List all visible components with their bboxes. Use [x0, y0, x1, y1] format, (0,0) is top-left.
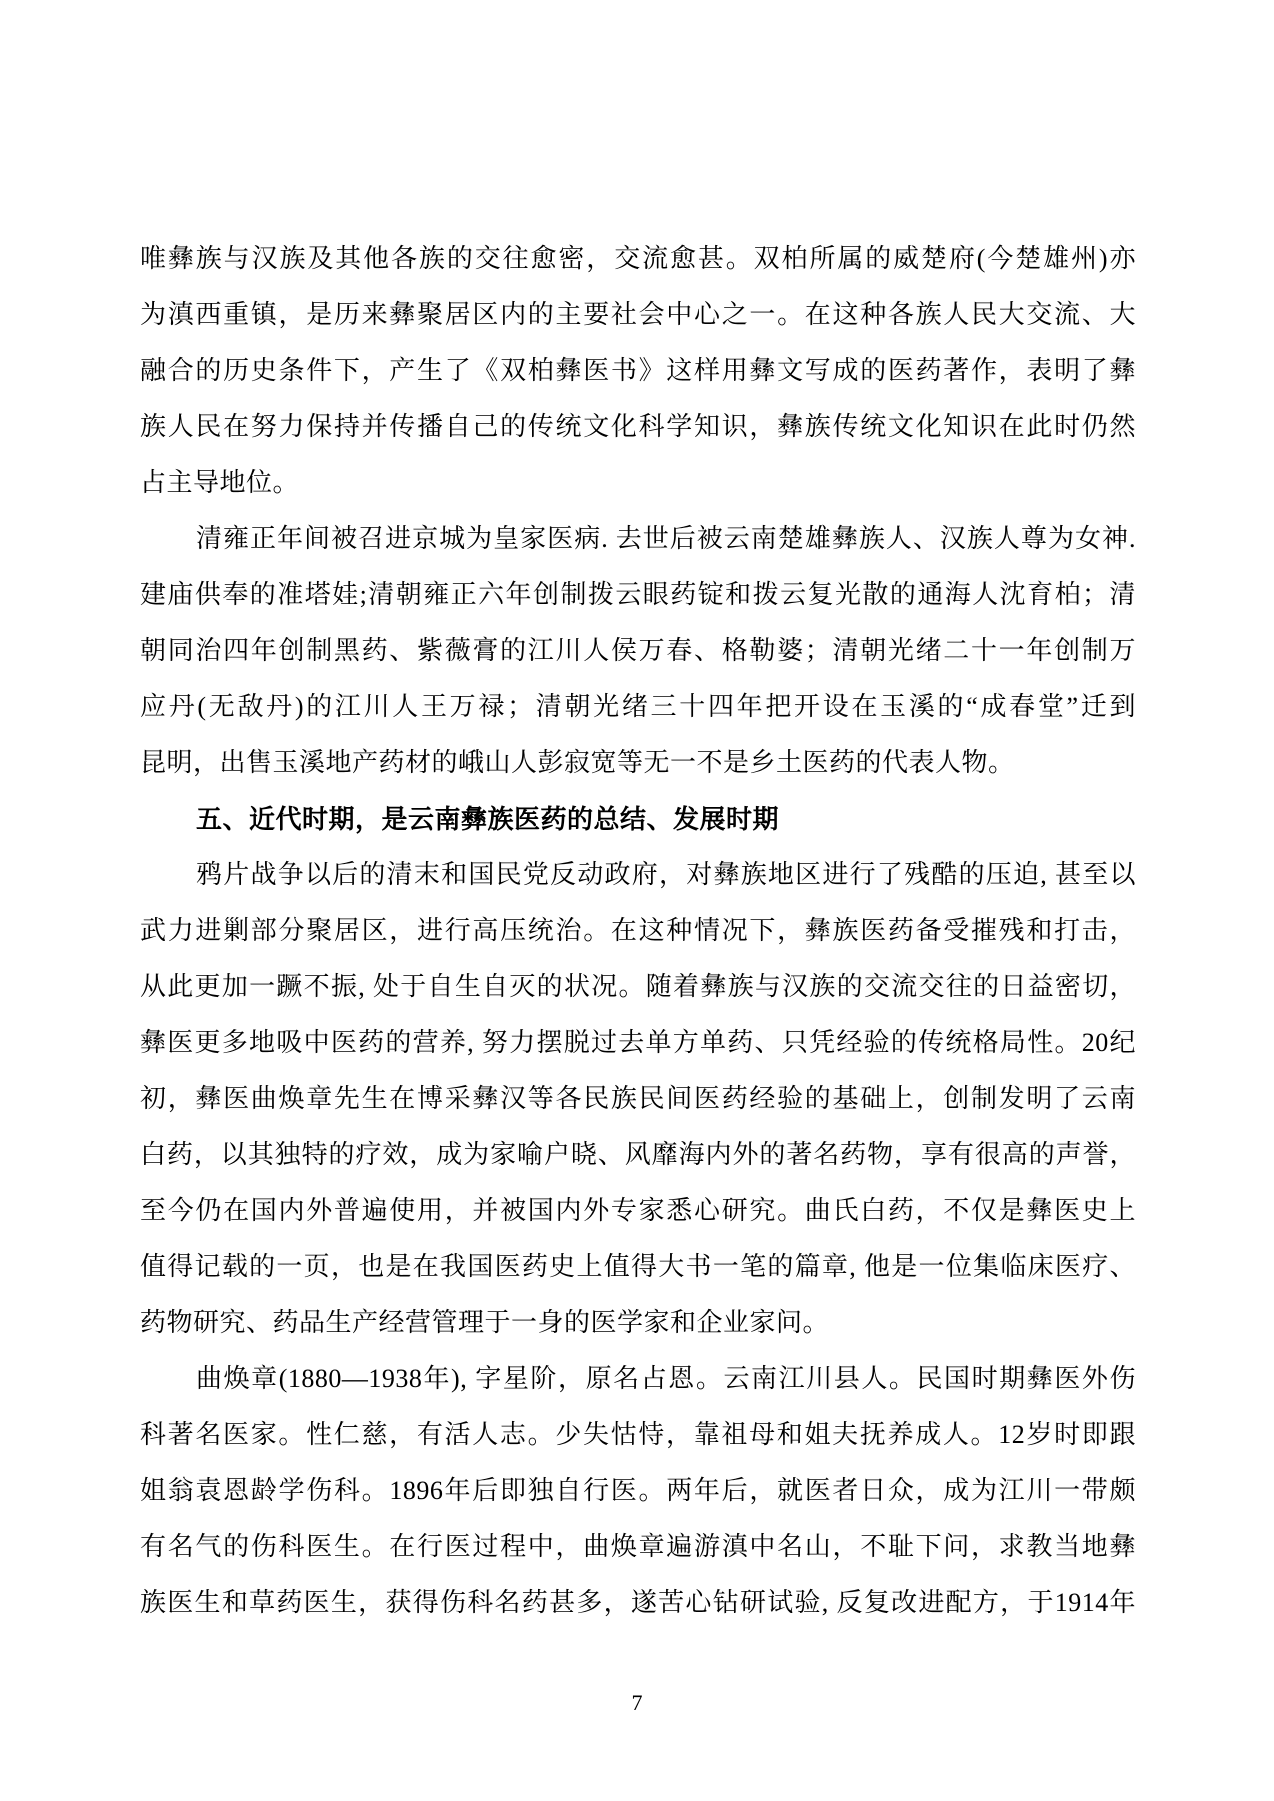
section-heading: 五、近代时期，是云南彝族医药的总结、发展时期 [140, 791, 1136, 847]
text-line: 从此更加一蹶不振, 处于自生自灭的状况。随着彝族与汉族的交流交往的日益密切， [140, 959, 1136, 1015]
text-line: 至今仍在国内外普遍使用，并被国内外专家悉心研究。曲氏白药，不仅是彝医史上 [140, 1183, 1136, 1239]
text-line: 为滇西重镇，是历来彝聚居区内的主要社会中心之一。在这种各族人民大交流、大 [140, 287, 1136, 343]
text-line: 唯彝族与汉族及其他各族的交往愈密，交流愈甚。双柏所属的威楚府(今楚雄州)亦 [140, 231, 1136, 287]
text-line: 科著名医家。性仁慈，有活人志。少失怙恃，靠祖母和姐夫抚养成人。12岁时即跟 [140, 1407, 1136, 1463]
text-line: 姐翁袁恩龄学伤科。1896年后即独自行医。两年后，就医者日众，成为江川一带颇 [140, 1463, 1136, 1519]
text-line: 族医生和草药医生，获得伤科名药甚多，遂苦心钻研试验, 反复改进配方，于1914年 [140, 1575, 1136, 1631]
text-line: 鸦片战争以后的清末和国民党反动政府，对彝族地区进行了残酷的压迫, 甚至以 [140, 847, 1136, 903]
page-number: 7 [632, 1690, 643, 1715]
paragraph-3: 鸦片战争以后的清末和国民党反动政府，对彝族地区进行了残酷的压迫, 甚至以 武力进… [140, 847, 1136, 1351]
text-line: 建庙供奉的准塔娃;清朝雍正六年创制拨云眼药锭和拨云复光散的通海人沈育柏；清 [140, 567, 1136, 623]
paragraph-4: 曲焕章(1880—1938年), 字星阶，原名占恩。云南江川县人。民国时期彝医外… [140, 1351, 1136, 1631]
text-line: 白药，以其独特的疗效，成为家喻户晓、风靡海内外的著名药物，享有很高的声誉， [140, 1127, 1136, 1183]
document-page: 唯彝族与汉族及其他各族的交往愈密，交流愈甚。双柏所属的威楚府(今楚雄州)亦 为滇… [0, 0, 1274, 1801]
text-line: 昆明，出售玉溪地产药材的峨山人彭寂宽等无一不是乡土医药的代表人物。 [140, 735, 1136, 791]
text-line: 武力进剿部分聚居区，进行高压统治。在这种情况下，彝族医药备受摧残和打击， [140, 903, 1136, 959]
text-line: 清雍正年间被召进京城为皇家医病. 去世后被云南楚雄彝族人、汉族人尊为女神. [140, 511, 1136, 567]
text-line: 彝医更多地吸中医药的营养, 努力摆脱过去单方单药、只凭经验的传统格局性。20纪 [140, 1015, 1136, 1071]
paragraph-2: 清雍正年间被召进京城为皇家医病. 去世后被云南楚雄彝族人、汉族人尊为女神. 建庙… [140, 511, 1136, 791]
page-footer: 7 [0, 1688, 1274, 1718]
paragraph-1: 唯彝族与汉族及其他各族的交往愈密，交流愈甚。双柏所属的威楚府(今楚雄州)亦 为滇… [140, 231, 1136, 511]
text-line: 族人民在努力保持并传播自己的传统文化科学知识，彝族传统文化知识在此时仍然 [140, 399, 1136, 455]
text-line: 应丹(无敌丹)的江川人王万禄；清朝光绪三十四年把开设在玉溪的“成春堂”迁到 [140, 679, 1136, 735]
text-line: 有名气的伤科医生。在行医过程中，曲焕章遍游滇中名山，不耻下问，求教当地彝 [140, 1519, 1136, 1575]
page-content: 唯彝族与汉族及其他各族的交往愈密，交流愈甚。双柏所属的威楚府(今楚雄州)亦 为滇… [140, 231, 1136, 1631]
text-line: 占主导地位。 [140, 455, 1136, 511]
text-line: 融合的历史条件下，产生了《双柏彝医书》这样用彝文写成的医药著作，表明了彝 [140, 343, 1136, 399]
text-line: 值得记载的一页，也是在我国医药史上值得大书一笔的篇章, 他是一位集临床医疗、 [140, 1239, 1136, 1295]
text-line: 药物研究、药品生产经营管理于一身的医学家和企业家问。 [140, 1295, 1136, 1351]
text-line: 朝同治四年创制黑药、紫薇膏的江川人侯万春、格勒婆；清朝光绪二十一年创制万 [140, 623, 1136, 679]
text-line: 初，彝医曲焕章先生在博采彝汉等各民族民间医药经验的基础上，创制发明了云南 [140, 1071, 1136, 1127]
text-line: 曲焕章(1880—1938年), 字星阶，原名占恩。云南江川县人。民国时期彝医外… [140, 1351, 1136, 1407]
